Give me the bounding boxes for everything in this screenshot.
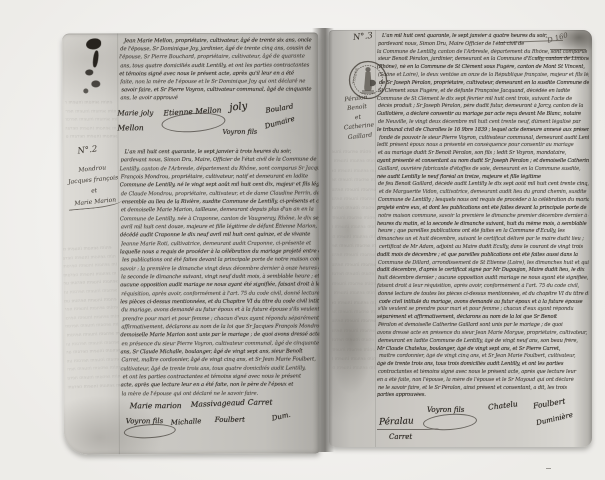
handwritten-line: dimanches un et huit décembre, suivant l… <box>377 236 589 244</box>
signature-carret: Carret <box>389 433 412 441</box>
handwritten-line: dudit décembre, d'après le certificat si… <box>377 267 589 275</box>
handwritten-line: demeurant en ladite Commune de Lentilly,… <box>378 338 589 346</box>
signature-voyron-fils: Voyron fils <box>222 128 257 136</box>
handwritten-line: avril mil huit cent douze, majeure et fi… <box>121 222 319 231</box>
handwritten-line: (Saône et Loire), le deux ventôse an onz… <box>378 72 589 80</box>
handwritten-line: la Commune de Lentilly, canton de l'Arbr… <box>377 49 589 57</box>
verso-bleed-through: enim senam inuem neram unde meniv suenam… <box>332 148 376 383</box>
signature-duminiere: Duminière <box>536 411 574 427</box>
handwritten-line: et de Marguerite Vidon, cultivatrice, de… <box>379 189 589 197</box>
handwritten-line: heure ; que pareilles publications ont é… <box>378 228 589 236</box>
handwritten-line: et au mariage dudit Sr Benoît Péralon, s… <box>378 150 589 158</box>
handwritten-line: ayant présenté et consentant au nom dudi… <box>377 158 589 166</box>
handwritten-line: huit décembre dernier ; aucune oppositio… <box>378 275 589 283</box>
bleed-through-line: senam inuem neram unde meniv suenam erio… <box>332 261 376 270</box>
handwritten-line: faite, non la mère de l'épouse et le Sr … <box>120 77 317 86</box>
signature-boulard: Boulard <box>265 102 294 114</box>
bleed-through-line: m senam inuem neram unde meniv suenam er… <box>65 125 116 134</box>
handwritten-line: de Sr Joseph Péralon, propriétaire, cult… <box>379 80 589 88</box>
handwritten-line: en présence du sieur Pierre Voyron, cult… <box>121 339 319 348</box>
bleed-through-line: nim senam inuem neram unde meniv suenam … <box>332 289 375 298</box>
handwritten-line: (Rhône), né en la Commune de St Clément … <box>377 64 589 72</box>
signature-marie-joly: Marie joly <box>117 109 153 117</box>
bleed-through-line: enam inuem neram unde meniv suenam erion… <box>332 270 374 279</box>
handwritten-line: code civil intitulé du mariage, avons de… <box>379 299 589 307</box>
bleed-through-line: nim senam inuem neram unde meniv suenam … <box>332 223 376 232</box>
handwritten-line: de Neuville, le vingt deux décembre mil … <box>378 119 589 127</box>
left-page: enim senam inuem neram unde meniv suenam… <box>62 32 320 454</box>
handwritten-line: Commune de Dillard, arrondissement de St… <box>378 260 589 268</box>
handwritten-line: maître cordonnier, âgé de vingt cinq ans… <box>379 353 589 361</box>
handwritten-line: séparément et affirmativement, déclarons… <box>377 314 589 322</box>
signature-foulbert: Foulbert <box>215 416 245 424</box>
signature-mellon: Mellon <box>117 123 143 132</box>
bleed-through-line: enim senam inuem neram unde meniv suenam… <box>332 148 376 157</box>
signature-massivageaud: Massivageaud <box>191 398 246 409</box>
bleed-through-line: m senam inuem neram unde meniv suenam er… <box>332 308 375 317</box>
handwritten-line: réquisition, après avoir, conformément à… <box>121 289 319 298</box>
margin-annotation-act-2: Mondrou Jacques françois et Marie Marion <box>65 161 123 211</box>
handwritten-line: affirmativement, déclarons au nom de la … <box>121 322 319 331</box>
handwritten-line: dudit mois de décembre ; et que pareille… <box>377 252 589 260</box>
handwritten-line: fondé de pouvoir le sieur Pierre Voyron,… <box>379 135 589 143</box>
handwritten-line: décès produit ; Sr Joseph Péralon, père … <box>378 103 589 111</box>
signature-michalle: Michalle <box>171 417 202 427</box>
handwritten-line: ne le savoir faire, et le Sr Péralon, ai… <box>378 385 589 393</box>
bleed-through-line: im senam inuem neram unde meniv suenam e… <box>65 117 117 126</box>
bleed-through-line: senam inuem neram unde meniv suenam erio… <box>332 327 375 336</box>
ink-blot <box>82 35 112 97</box>
bleed-through-line: enim senam inuem neram unde meniv suenam… <box>332 214 375 223</box>
bleed-through-line: enam inuem neram unde meniv suenam erion… <box>332 336 374 345</box>
bleed-through-line: enim senam inuem neram unde meniv suenam… <box>332 346 375 355</box>
register-scan: enim senam inuem neram unde meniv suenam… <box>0 0 605 480</box>
handwritten-line: projeté entre eux, et dont les publicati… <box>377 205 589 213</box>
bleed-through-line: enim senam inuem neram unde meniv suenam… <box>65 99 117 108</box>
bleed-through-line: im senam inuem neram unde meniv suenam e… <box>332 364 375 373</box>
bleed-through-line: m senam inuem neram unde meniv suenam er… <box>332 242 376 251</box>
handwritten-line: François Mondrou, propriétaire, cultivat… <box>121 172 319 181</box>
handwritten-line: sieur Benoît Péralon, jardinier, demeura… <box>378 56 589 64</box>
handwritten-line: pardevant nous, Simon Dru, Maire Officie… <box>378 41 589 49</box>
handwritten-line: s'ils veulent se prendre pour mari et po… <box>378 306 589 314</box>
bleed-through-line: senam inuem neram unde meniv suenam erio… <box>66 134 118 143</box>
signature-chatelu: Chatelu <box>488 399 519 412</box>
signature-carret: Carret <box>248 398 273 407</box>
handwritten-line: ans, tous quatre domiciliés audit Lentil… <box>120 61 317 70</box>
handwritten-line: Commune de St Clément le dix sept févrie… <box>377 96 589 104</box>
handwritten-line: heures du matin, et la seconde le dimanc… <box>377 221 589 229</box>
act-number-2: N°.2 <box>77 144 98 156</box>
verso-bleed-through: enim senam inuem neram unde meniv suenam… <box>65 99 117 143</box>
handwritten-line: avons dressé acte en présence du sieur J… <box>377 330 589 338</box>
handwritten-line: faisant droit à leur réquisition, après … <box>377 283 589 291</box>
act-3-text: L'an mil huit cent quarante, le sept jan… <box>377 33 589 400</box>
handwritten-line: âgé de trente trois ans, tous trois domi… <box>377 361 589 369</box>
bleed-through-line: nim senam inuem neram unde meniv suenam … <box>332 157 375 166</box>
bleed-through-line: senam inuem neram unde meniv suenam erio… <box>332 317 376 326</box>
handwritten-line: Commune de Lentilly ; lesquels nous ont … <box>378 197 589 205</box>
handwritten-line: ledit présent époux nous a présenté en c… <box>377 142 589 150</box>
handwritten-line: contractantes et témoins signé avec nous… <box>378 369 589 377</box>
handwritten-line: de feu Benoît Gaillard, décédé audit Len… <box>378 181 589 189</box>
dust-speck <box>546 468 551 469</box>
handwritten-line: en a été faite, non l'épouse, la mère de… <box>377 377 589 385</box>
bleed-through-line: im senam inuem neram unde meniv suenam e… <box>332 233 375 242</box>
handwritten-line: le tribunal civil de Charolles le 16 9br… <box>377 127 589 135</box>
bleed-through-line: senam inuem neram unde meniv suenam erio… <box>332 186 376 195</box>
act-number-3: N°.3 <box>353 31 374 43</box>
bleed-through-line: nim senam inuem neram unde meniv suenam … <box>65 108 116 117</box>
handwritten-line: Guillotière, a déclaré consentir au mari… <box>377 111 589 119</box>
bleed-through-line: enam inuem neram unde meniv suenam erion… <box>332 204 374 213</box>
act-2-text: L'an mil huit cent quarante, le sept jan… <box>120 147 320 398</box>
bleed-through-line: senam inuem neram unde meniv suenam erio… <box>332 195 375 204</box>
signature-flourish <box>377 426 439 430</box>
handwritten-line: ans, le avoir approuvé <box>120 94 317 103</box>
handwritten-line: la mère de l'épouse qui ont déclaré ne l… <box>122 389 320 398</box>
signature-dumaire: Dumaire <box>264 115 296 131</box>
handwritten-line: Péralon et demoiselle Catherine Gaillard… <box>378 322 589 330</box>
handwritten-line: Gaillard, ouvrière fabricante d'étoffes … <box>378 166 589 174</box>
signature-marie-marion: Marie marion <box>130 401 182 410</box>
handwritten-line: et ont les parties contractantes et témo… <box>123 372 320 381</box>
handwritten-line: née audit Lentilly le neuf floréal an tr… <box>377 174 589 182</box>
previous-act-text: Jean Marie Mellon, propriétaire, cultiva… <box>119 36 317 102</box>
handwritten-line: Jeanne Marie Roti, cultivatrice, demeura… <box>121 239 319 248</box>
right-page: enim senam inuem neram unde meniv suenam… <box>329 30 592 447</box>
handwritten-line: donné lecture de toutes les pièces ci-de… <box>378 291 589 299</box>
signature-dum: Dum. <box>271 411 291 423</box>
bleed-through-line: enim senam inuem neram unde meniv suenam… <box>332 280 376 289</box>
bleed-through-line: senam inuem neram unde meniv suenam erio… <box>332 251 375 260</box>
handwritten-line: certificat de Mr Adam, adjoint au Maire … <box>379 244 589 252</box>
handwritten-line: St Clément sous Fugère, et de défunte Fr… <box>378 88 589 96</box>
verso-bleed-through: enim senam inuem neram unde meniv suenam… <box>62 244 122 396</box>
bleed-through-line: im senam inuem neram unde meniv suenam e… <box>332 167 376 176</box>
bleed-through-line: nim senam inuem neram unde meniv suenam … <box>332 355 376 364</box>
handwritten-line: de Claude Mondrou, propriétaire, cultiva… <box>121 189 319 198</box>
handwritten-line: Mr Claude Chatelus, boulanger, âgé de vi… <box>377 346 589 354</box>
bleed-through-line: im senam inuem neram unde meniv suenam e… <box>332 299 376 308</box>
bleed-through-line: m senam inuem neram unde meniv suenam er… <box>332 176 375 185</box>
handwritten-line: la seconde le dimanche suivant, vingt ne… <box>121 272 319 281</box>
handwritten-line: notre maison commune, savoir la première… <box>378 213 589 221</box>
handwritten-line: L'an mil huit cent quarante, le sept jan… <box>377 33 589 41</box>
signature-joly: joly <box>229 101 248 114</box>
